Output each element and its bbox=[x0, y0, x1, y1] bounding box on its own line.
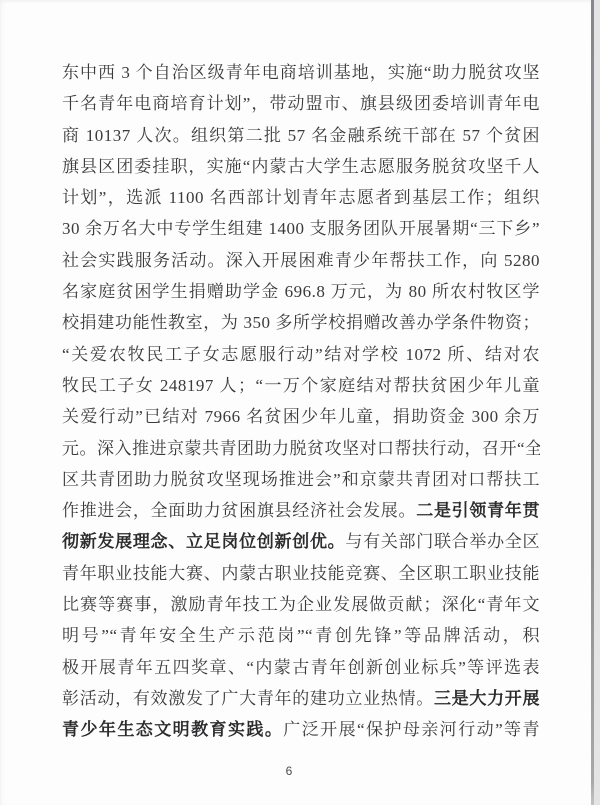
text-line-17: 青年职业技能大赛、内蒙古职业技能竞赛、全区职工职业技能 bbox=[62, 558, 540, 589]
body-text-segment: 元。深入推进京蒙共青团助力脱贫攻坚对口帮扶行动，召开“全 bbox=[62, 439, 540, 458]
scanner-background-strip bbox=[594, 0, 600, 805]
text-line-1: 东中西 3 个自治区级青年电商培训基地，实施“助力脱贫攻坚 bbox=[62, 57, 540, 88]
bold-heading-segment: 三是大力开展 bbox=[434, 689, 540, 708]
body-text-segment: 商 10137 人次。组织第二批 57 名金融系统干部在 57 个贫困 bbox=[62, 126, 540, 145]
text-line-7: 社会实践服务活动。深入开展困难青少年帮扶工作，向 5280 bbox=[62, 245, 540, 276]
body-text-segment: 东中西 3 个自治区级青年电商培训基地，实施“助力脱贫攻坚 bbox=[62, 63, 540, 82]
body-text-segment: 旗县区团委挂职，实施“内蒙古大学生志愿服务脱贫攻坚千人 bbox=[62, 157, 540, 176]
body-text-segment: 关爱行动”已结对 7966 名贫困少年儿童，捐助资金 300 余万 bbox=[62, 407, 540, 426]
text-line-18: 比赛等赛事，激励青年技工为企业发展做贡献；深化“青年文 bbox=[62, 589, 540, 620]
body-text-segment: 作推进会，全面助力贫困旗县经济社会发展。 bbox=[62, 501, 416, 520]
body-text-segment: 千名青年电商培育计划”，带动盟市、旗县级团委培训青年电 bbox=[62, 94, 540, 113]
body-text-segment: 青年职业技能大赛、内蒙古职业技能竞赛、全区职工职业技能 bbox=[62, 564, 540, 583]
body-text-segment: 彰活动，有效激发了广大青年的建功立业热情。 bbox=[62, 689, 434, 708]
text-line-9: 校捐建功能性教室，为 350 多所学校捐赠改善办学条件物资； bbox=[62, 307, 540, 338]
body-text-segment: 计划”，选派 1100 名西部计划青年志愿者到基层工作；组织 bbox=[62, 188, 540, 207]
text-line-6: 30 余万名大中专学生组建 1400 支服务团队开展暑期“三下乡” bbox=[62, 213, 540, 244]
text-line-8: 名家庭贫困学生捐赠助学金 696.8 万元，为 80 所农村牧区学 bbox=[62, 276, 540, 307]
text-line-11: 牧民工子女 248197 人；“一万个家庭结对帮扶贫困少年儿童 bbox=[62, 370, 540, 401]
body-text-segment: 比赛等赛事，激励青年技工为企业发展做贡献；深化“青年文 bbox=[62, 595, 540, 614]
scanned-document-page: 东中西 3 个自治区级青年电商培训基地，实施“助力脱贫攻坚千名青年电商培育计划”… bbox=[0, 0, 600, 805]
text-line-12: 关爱行动”已结对 7966 名贫困少年儿童，捐助资金 300 余万 bbox=[62, 401, 540, 432]
bold-heading-segment: 彻新发展理念、立足岗位创新创优。 bbox=[62, 532, 345, 551]
text-line-3: 商 10137 人次。组织第二批 57 名金融系统干部在 57 个贫困 bbox=[62, 120, 540, 151]
text-line-22: 青少年生态文明教育实践。广泛开展“保护母亲河行动”等青 bbox=[62, 714, 540, 745]
text-line-15: 作推进会，全面助力贫困旗县经济社会发展。二是引领青年贯 bbox=[62, 495, 540, 526]
page-number: 6 bbox=[45, 762, 533, 780]
body-text-segment: 区共青团助力脱贫攻坚现场推进会”和京蒙共青团对口帮扶工 bbox=[62, 470, 540, 489]
body-text-segment: 30 余万名大中专学生组建 1400 支服务团队开展暑期“三下乡” bbox=[62, 219, 540, 238]
bold-heading-segment: 青少年生态文明教育实践。 bbox=[62, 720, 283, 739]
text-line-5: 计划”，选派 1100 名西部计划青年志愿者到基层工作；组织 bbox=[62, 182, 540, 213]
scan-edge-line bbox=[591, 0, 594, 805]
text-line-10: “关爱农牧民工子女志愿服行动”结对学校 1072 所、结对农 bbox=[62, 339, 540, 370]
text-line-21: 彰活动，有效激发了广大青年的建功立业热情。三是大力开展 bbox=[62, 683, 540, 714]
body-text-segment: 名家庭贫困学生捐赠助学金 696.8 万元，为 80 所农村牧区学 bbox=[62, 282, 540, 301]
body-text-segment: 明号”“青年安全生产示范岗”“青创先锋”等品牌活动，积 bbox=[62, 626, 540, 645]
text-block: 东中西 3 个自治区级青年电商培训基地，实施“助力脱贫攻坚千名青年电商培育计划”… bbox=[62, 57, 540, 746]
text-line-4: 旗县区团委挂职，实施“内蒙古大学生志愿服务脱贫攻坚千人 bbox=[62, 151, 540, 182]
body-text-segment: 极开展青年五四奖章、“内蒙古青年创新创业标兵”等评选表 bbox=[62, 658, 540, 677]
text-line-16: 彻新发展理念、立足岗位创新创优。与有关部门联合举办全区 bbox=[62, 526, 540, 557]
body-text-segment: 广泛开展“保护母亲河行动”等青 bbox=[283, 720, 540, 739]
body-text-segment: 校捐建功能性教室，为 350 多所学校捐赠改善办学条件物资； bbox=[62, 313, 540, 332]
body-text-segment: “关爱农牧民工子女志愿服行动”结对学校 1072 所、结对农 bbox=[62, 345, 540, 364]
text-line-19: 明号”“青年安全生产示范岗”“青创先锋”等品牌活动，积 bbox=[62, 620, 540, 651]
text-line-20: 极开展青年五四奖章、“内蒙古青年创新创业标兵”等评选表 bbox=[62, 652, 540, 683]
body-text-segment: 与有关部门联合举办全区 bbox=[345, 532, 540, 551]
text-line-2: 千名青年电商培育计划”，带动盟市、旗县级团委培训青年电 bbox=[62, 88, 540, 119]
bold-heading-segment: 二是引领青年贯 bbox=[416, 501, 540, 520]
text-line-13: 元。深入推进京蒙共青团助力脱贫攻坚对口帮扶行动，召开“全 bbox=[62, 433, 540, 464]
body-text-segment: 牧民工子女 248197 人；“一万个家庭结对帮扶贫困少年儿童 bbox=[62, 376, 540, 395]
text-line-14: 区共青团助力脱贫攻坚现场推进会”和京蒙共青团对口帮扶工 bbox=[62, 464, 540, 495]
body-text-segment: 社会实践服务活动。深入开展困难青少年帮扶工作，向 5280 bbox=[62, 251, 540, 270]
